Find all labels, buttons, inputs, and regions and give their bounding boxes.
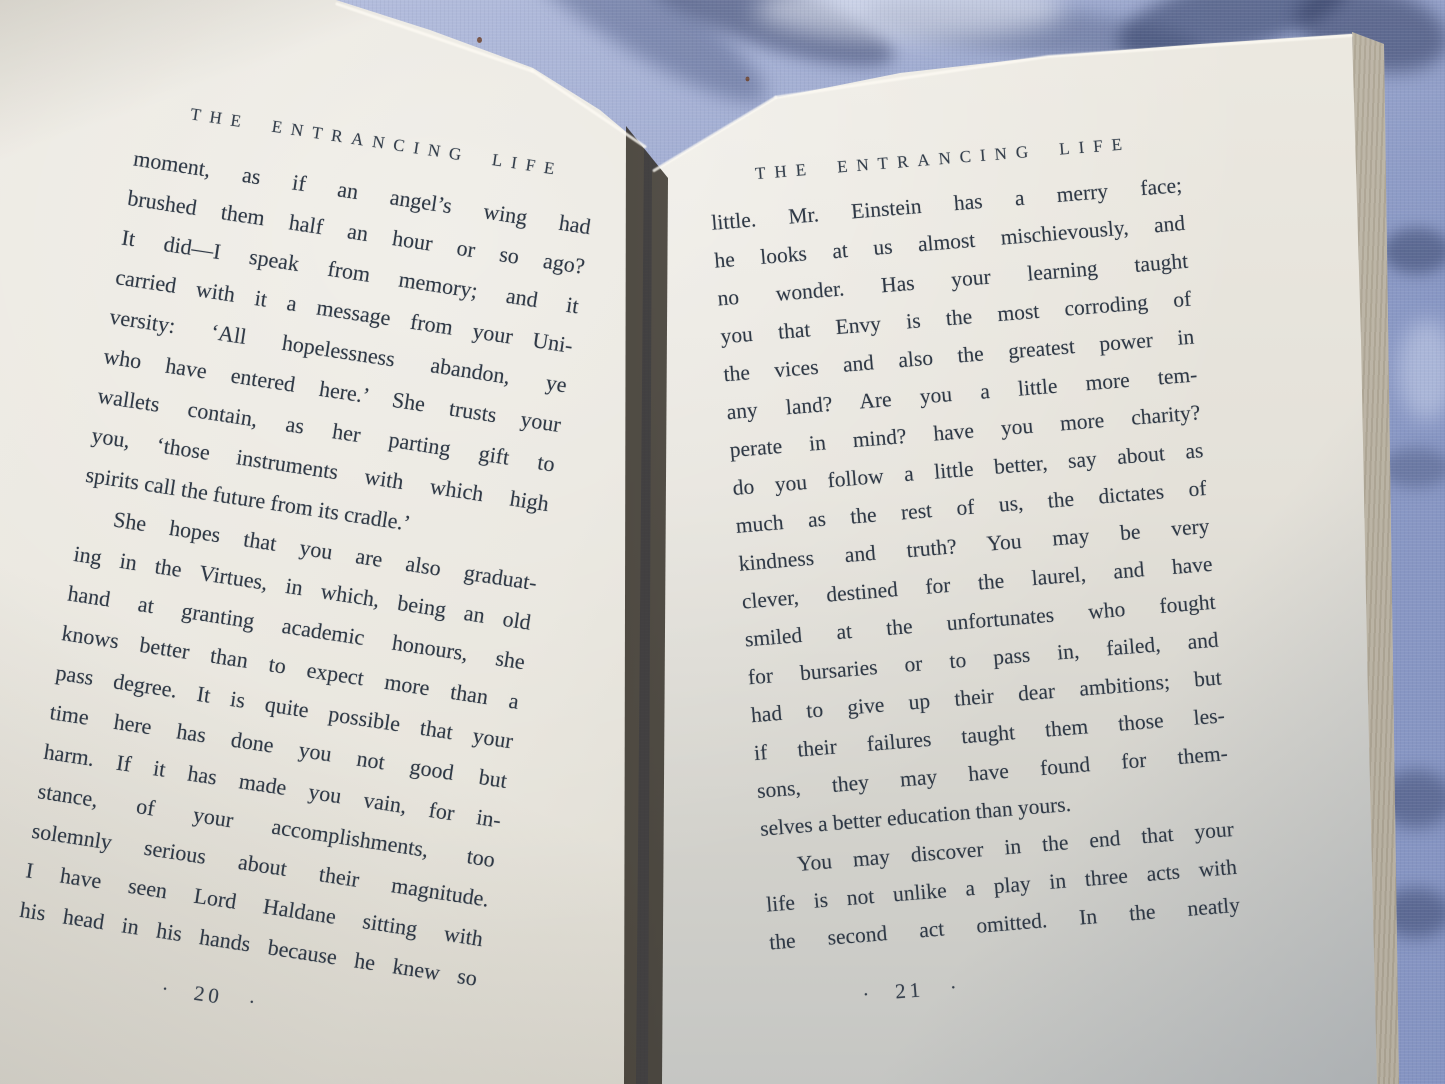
folio-dot: · (949, 977, 957, 997)
folio-dot: · (247, 992, 257, 1013)
right-page-body: little. Mr. Einstein has a merry face; h… (710, 166, 1241, 961)
book-photograph: THE ENTRANCING LIFE moment, as if an ang… (0, 0, 1445, 1084)
right-page-text: THE ENTRANCING LIFE little. Mr. Einstein… (707, 130, 1246, 1014)
